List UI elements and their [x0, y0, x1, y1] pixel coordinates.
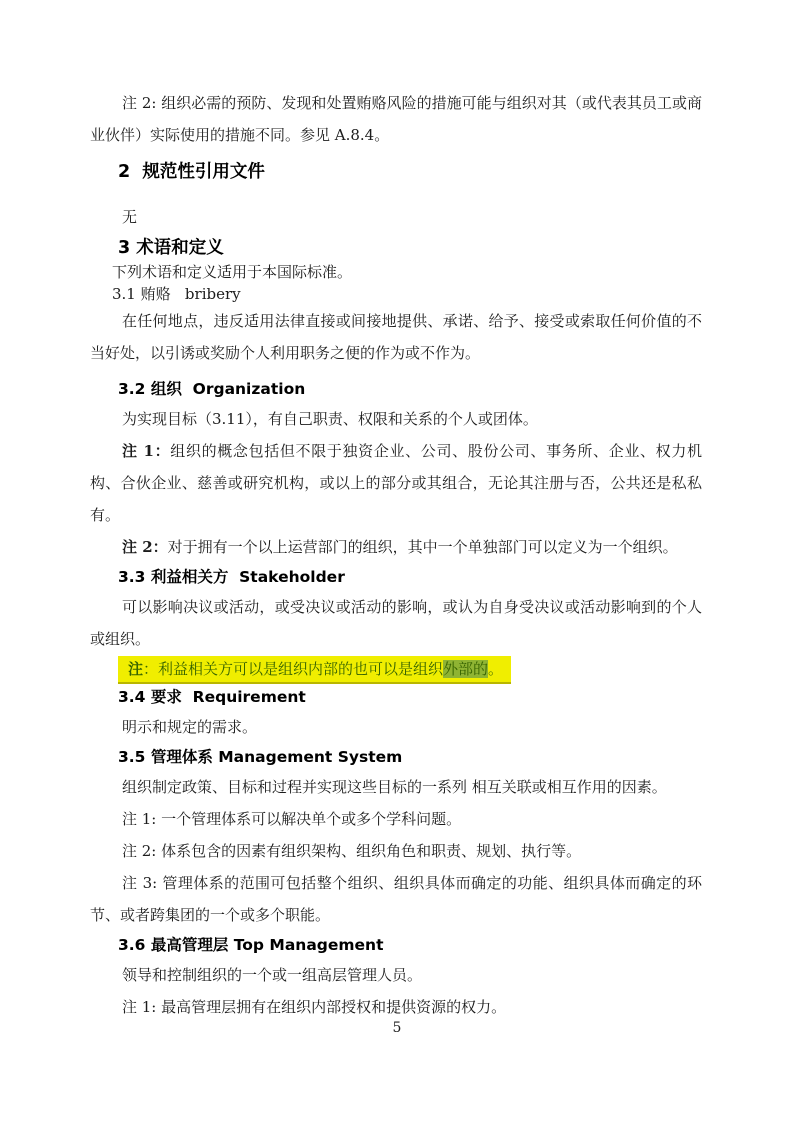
term-3-3-note-highlighted: 注：利益相关方可以是组织内部的也可以是组织外部的。: [118, 655, 702, 683]
term-3-2-note-2-label: 注 2：: [122, 538, 168, 556]
heading-term-3-4: 3.4 要求 Requirement: [118, 683, 702, 711]
page-number: 5: [0, 1020, 794, 1036]
term-3-3-note-selected-text: 外部的: [443, 660, 488, 678]
section-2-body: 无: [90, 201, 702, 233]
term-3-3-note-label: 注: [128, 660, 143, 678]
heading-term-3-3: 3.3 利益相关方 Stakeholder: [118, 563, 702, 591]
term-3-2-note-2-text: 对于拥有一个以上运营部门的组织，其中一个单独部门可以定义为一个组织。: [168, 538, 678, 556]
term-3-2-note-1-label: 注 1：: [122, 442, 170, 460]
term-3-3-definition: 可以影响决议或活动，或受决议或活动的影响，或认为自身受决议或活动影响到的个人或组…: [90, 591, 702, 655]
term-3-5-note-1: 注 1: 一个管理体系可以解决单个或多个学科问题。: [90, 803, 702, 835]
term-3-4-definition: 明示和规定的需求。: [90, 711, 702, 743]
term-3-5-note-2: 注 2: 体系包含的因素有组织架构、组织角色和职责、规划、执行等。: [90, 835, 702, 867]
heading-term-3-6: 3.6 最高管理层 Top Management: [118, 931, 702, 959]
heading-term-3-2: 3.2 组织 Organization: [118, 375, 702, 403]
term-3-3-note-tail: 。: [488, 660, 503, 678]
term-3-3-note-text: ：利益相关方可以是组织内部的也可以是组织: [143, 660, 443, 678]
term-3-5-definition: 组织制定政策、目标和过程并实现这些目标的一系列 相互关联或相互作用的因素。: [90, 771, 702, 803]
highlight-band: 注：利益相关方可以是组织内部的也可以是组织外部的。: [118, 656, 511, 682]
page-content: 注 2: 组织必需的预防、发现和处置贿赂风险的措施可能与组织对其（或代表其员工或…: [90, 87, 702, 1023]
heading-section-3: 3 术语和定义: [118, 235, 702, 261]
heading-section-2: 2 规范性引用文件: [118, 159, 702, 185]
general-note-paragraph: 注 2: 组织必需的预防、发现和处置贿赂风险的措施可能与组织对其（或代表其员工或…: [90, 87, 702, 151]
term-3-2-note-1-text: 组织的概念包括但不限于独资企业、公司、股份公司、事务所、企业、权力机构、合伙企业…: [90, 442, 702, 524]
term-3-2-note-1: 注 1：组织的概念包括但不限于独资企业、公司、股份公司、事务所、企业、权力机构、…: [90, 435, 702, 531]
section-3-intro: 下列术语和定义适用于本国际标准。: [112, 261, 702, 283]
term-3-5-note-3: 注 3: 管理体系的范围可包括整个组织、组织具体而确定的功能、组织具体而确定的环…: [90, 867, 702, 931]
term-3-2-definition: 为实现目标（3.11），有自己职责、权限和关系的个人或团体。: [90, 403, 702, 435]
term-3-1-label: 3.1 贿赂 bribery: [112, 283, 702, 305]
term-3-6-note-1: 注 1: 最高管理层拥有在组织内部授权和提供资源的权力。: [90, 991, 702, 1023]
term-3-2-note-2: 注 2：对于拥有一个以上运营部门的组织，其中一个单独部门可以定义为一个组织。: [90, 531, 702, 563]
term-3-6-definition: 领导和控制组织的一个或一组高层管理人员。: [90, 959, 702, 991]
document-page: 注 2: 组织必需的预防、发现和处置贿赂风险的措施可能与组织对其（或代表其员工或…: [0, 0, 794, 1123]
term-3-1-definition: 在任何地点，违反适用法律直接或间接地提供、承诺、给予、接受或索取任何价值的不当好…: [90, 305, 702, 369]
heading-term-3-5: 3.5 管理体系 Management System: [118, 743, 702, 771]
